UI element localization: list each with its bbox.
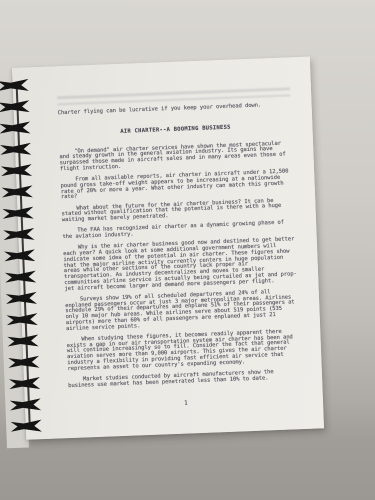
paragraph: Surveys show 19% of all scheduled depart… bbox=[65, 289, 300, 332]
binding-tooth bbox=[7, 334, 38, 348]
paragraph: When studying these figures, it becomes … bbox=[66, 329, 301, 372]
typewritten-text-block: Charter flying can be lucrative if you k… bbox=[58, 102, 303, 395]
paragraph: From all available reports, air charter … bbox=[60, 169, 295, 201]
paragraph: Market studies conducted by aircraft man… bbox=[68, 369, 302, 389]
binding-tooth bbox=[0, 121, 31, 135]
photo-background: Charter flying can be lucrative if you k… bbox=[0, 0, 375, 500]
binding-tooth bbox=[0, 142, 31, 156]
document-page: Charter flying can be lucrative if you k… bbox=[12, 57, 324, 440]
binding-tooth bbox=[5, 270, 36, 284]
binding-tooth bbox=[10, 398, 41, 412]
binding-tooth bbox=[9, 377, 40, 391]
binding-tooth bbox=[4, 249, 35, 263]
binding-tooth bbox=[0, 78, 29, 92]
binding-tooth bbox=[11, 419, 42, 433]
binding-tooth bbox=[2, 185, 33, 199]
binding-tooth bbox=[2, 206, 33, 220]
binding-tooth bbox=[0, 100, 30, 114]
paragraph: "On demand" air charter services have sh… bbox=[59, 141, 294, 173]
binding-tooth bbox=[8, 355, 39, 369]
binding-tooth bbox=[3, 227, 34, 241]
chapter-title: AIR CHARTER--A BOOMING BUSINESS bbox=[58, 123, 292, 138]
body-paragraphs: "On demand" air charter services have sh… bbox=[59, 141, 302, 390]
binding-tooth bbox=[1, 164, 32, 178]
binding-tooth bbox=[6, 313, 37, 327]
page-number: 1 bbox=[69, 396, 303, 411]
binding-tooth bbox=[6, 291, 37, 305]
paragraph: Why is the air charter business good now… bbox=[63, 237, 299, 292]
